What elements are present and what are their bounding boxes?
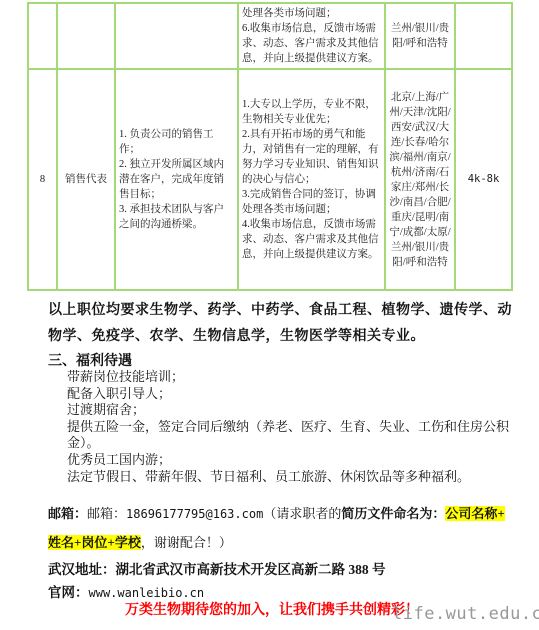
email-note-suffix: ，谢谢配合！） <box>141 535 232 550</box>
welfare-item: 过渡期宿舍； <box>67 402 517 419</box>
welfare-item: 优秀员工国内游； <box>67 452 517 469</box>
job-title-cell: 销售代表 <box>57 69 115 290</box>
welfare-item: 提供五险一金，签定合同后缴纳（养老、医疗、生育、失业、工伤和住房公积金）。 <box>67 419 517 452</box>
job-positions-table: 处理各类市场问题； 6.收集市场信息，反馈市场需求、动态、客户需求及其他信息，并… <box>27 2 513 291</box>
email-line: 邮箱：邮箱：18696177795@163.com（请求职者的简历文件命名为：公… <box>48 505 520 523</box>
welfare-item: 法定节假日、带薪年假、节日福利、员工旅游、休闲饮品等多种福利。 <box>67 469 517 486</box>
welfare-item: 配备入职引导人； <box>67 386 517 403</box>
job-locations-cell: 北京/上海/广州/天津/沈阳/西安/武汉/大连/长春/哈尔滨/福州/南京/杭州/… <box>385 69 455 290</box>
email-label-bold: 邮箱： <box>48 506 87 521</box>
welfare-benefits-list: 带薪岗位技能培训； 配备入职引导人； 过渡期宿舍； 提供五险一金，签定合同后缴纳… <box>67 369 517 485</box>
job-requirements-cell: 处理各类市场问题； 6.收集市场信息，反馈市场需求、动态、客户需求及其他信息，并… <box>238 3 385 69</box>
welfare-item: 带薪岗位技能培训； <box>67 369 517 386</box>
job-locations-cell: 兰州/银川/贵阳/呼和浩特 <box>385 3 455 69</box>
job-salary-cell: 4k-8k <box>455 69 512 290</box>
wuhan-address-line: 武汉地址：湖北省武汉市高新技术开发区高新二路 388 号 <box>48 560 520 580</box>
email-note-bold: 简历文件命名为： <box>341 506 445 521</box>
email-line-2: 姓名+岗位+学校，谢谢配合！） <box>48 534 520 552</box>
job-number-cell <box>28 3 57 69</box>
job-salary-cell <box>455 3 512 69</box>
contact-block: 邮箱：邮箱：18696177795@163.com（请求职者的简历文件命名为：公… <box>48 500 520 552</box>
welfare-section-heading: 三、福利待遇 <box>48 350 520 370</box>
job-title-cell <box>57 3 115 69</box>
majors-requirement-note: 以上职位均要求生物学、药学、中药学、食品工程、植物学、遗传学、动物学、免疫学、农… <box>48 298 520 350</box>
email-note-prefix: （请求职者的 <box>263 506 341 521</box>
job-duties-cell <box>115 3 238 69</box>
table-row-sales-rep: 8 销售代表 1. 负责公司的销售工作； 2. 独立开发所属区域内潜在客户，完成… <box>28 69 512 290</box>
email-address: 18696177795@163.com <box>126 507 263 521</box>
recruitment-document-page: 处理各类市场问题； 6.收集市场信息，反馈市场需求、动态、客户需求及其他信息，并… <box>0 0 539 630</box>
website-line: 官网：www.wanleibio.cn <box>48 581 520 601</box>
table-row-continued: 处理各类市场问题； 6.收集市场信息，反馈市场需求、动态、客户需求及其他信息，并… <box>28 3 512 69</box>
email-highlight-company-name: 公司名称+ <box>445 506 504 521</box>
email-label-repeat: 邮箱： <box>87 506 126 521</box>
job-table: 处理各类市场问题； 6.收集市场信息，反馈市场需求、动态、客户需求及其他信息，并… <box>27 2 513 291</box>
website-url: www.wanleibio.cn <box>89 586 205 600</box>
email-highlight-name-position-school: 姓名+岗位+学校 <box>48 535 141 550</box>
job-number-cell: 8 <box>28 69 57 290</box>
website-label: 官网： <box>48 585 89 600</box>
job-duties-cell: 1. 负责公司的销售工作； 2. 独立开发所属区域内潜在客户，完成年度销售目标；… <box>115 69 238 290</box>
job-requirements-cell: 1.大专以上学历，专业不限，生物相关专业优先； 2.具有开拓市场的勇气和能力，对… <box>238 69 385 290</box>
watermark-text: life.wut.edu.cn <box>392 604 539 624</box>
